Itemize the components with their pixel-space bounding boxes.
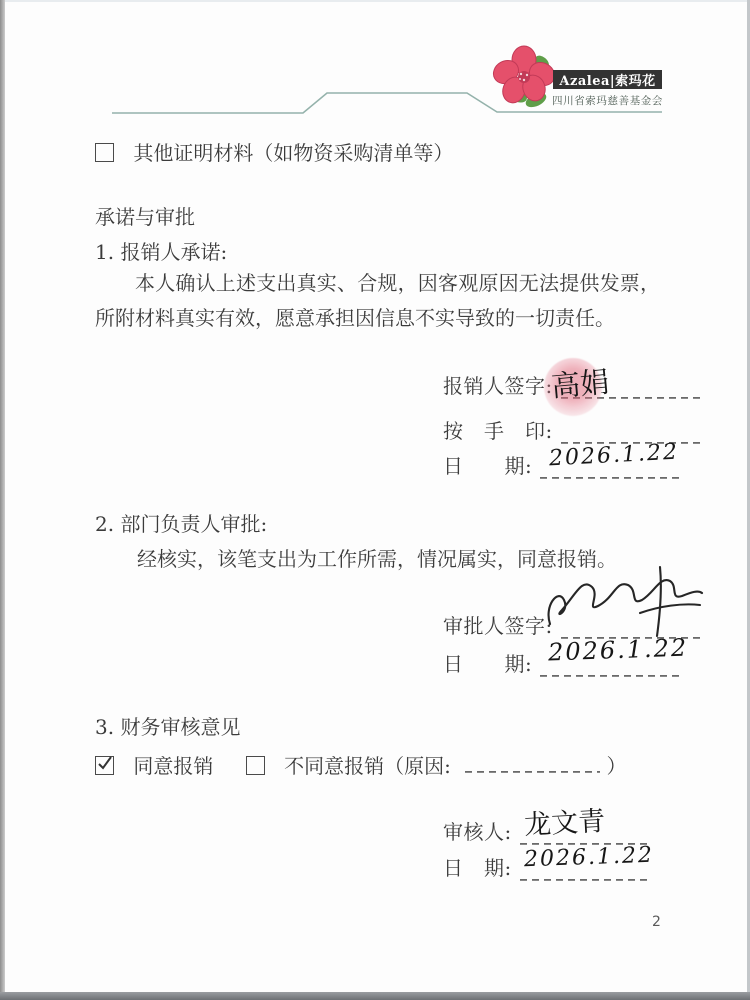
reason-line <box>465 749 600 773</box>
reason-close-paren: ） <box>607 754 627 778</box>
disagree-label: 不同意报销（原因: <box>284 754 451 778</box>
scanned-reimbursement-form-page: Azalea|索玛花 四川省索玛慈善基金会 其他证明材料（如物资采购清单等） 承… <box>0 0 750 1000</box>
fingerprint-line <box>561 420 701 444</box>
finance-handwritten-date: 2026.1.22 <box>524 843 655 873</box>
signer-label: 报销人签字: <box>443 370 553 399</box>
other-evidence-checkbox <box>95 143 114 162</box>
finance-date-label: 日 期: <box>443 852 512 881</box>
azalea-flower-icon <box>490 44 562 122</box>
page-number: 2 <box>652 914 661 930</box>
approver-label: 审批人签字: <box>443 610 553 639</box>
brand-text: Azalea|索玛花 <box>559 70 655 89</box>
other-evidence-label: 其他证明材料（如物资采购清单等） <box>133 141 453 165</box>
agree-checkbox <box>95 756 114 775</box>
approval-section-title: 承诺与审批 <box>95 201 195 230</box>
reviewer-label: 审核人: <box>443 816 512 845</box>
scan-edge-bottom <box>0 992 750 1000</box>
agree-label: 同意报销 <box>133 754 213 778</box>
disagree-checkbox <box>246 756 265 775</box>
promise-heading: 1. 报销人承诺: <box>95 236 227 265</box>
scan-edge-left <box>0 0 5 1000</box>
promise-date-label: 日 期: <box>443 450 532 479</box>
fingerprint-label: 按 手 印: <box>443 415 553 444</box>
department-handwritten-date: 2026.1.22 <box>548 634 689 667</box>
header-divider-line <box>0 0 750 130</box>
finance-heading: 3. 财务审核意见 <box>95 711 240 740</box>
reviewer-handwritten-signature: 龙文青 <box>523 799 606 842</box>
check-icon <box>95 754 115 774</box>
department-date-label: 日 期: <box>443 648 532 677</box>
org-name: 四川省索玛慈善基金会 <box>552 93 664 108</box>
attachment-row: 其他证明材料（如物资采购清单等） <box>95 137 453 166</box>
signer-handwritten-signature: 高娟 <box>549 360 610 406</box>
approver-handwritten-signature-scribble <box>540 560 705 640</box>
promise-body: 本人确认上述支出真实、合规，因客观原因无法提供发票，所附材料真实有效，愿意承担因… <box>95 266 660 336</box>
brand-logo: Azalea|索玛花 <box>553 70 662 89</box>
finance-decision-row: 同意报销 不同意报销（原因: ） <box>95 749 627 779</box>
department-heading: 2. 部门负责人审批: <box>95 508 267 537</box>
